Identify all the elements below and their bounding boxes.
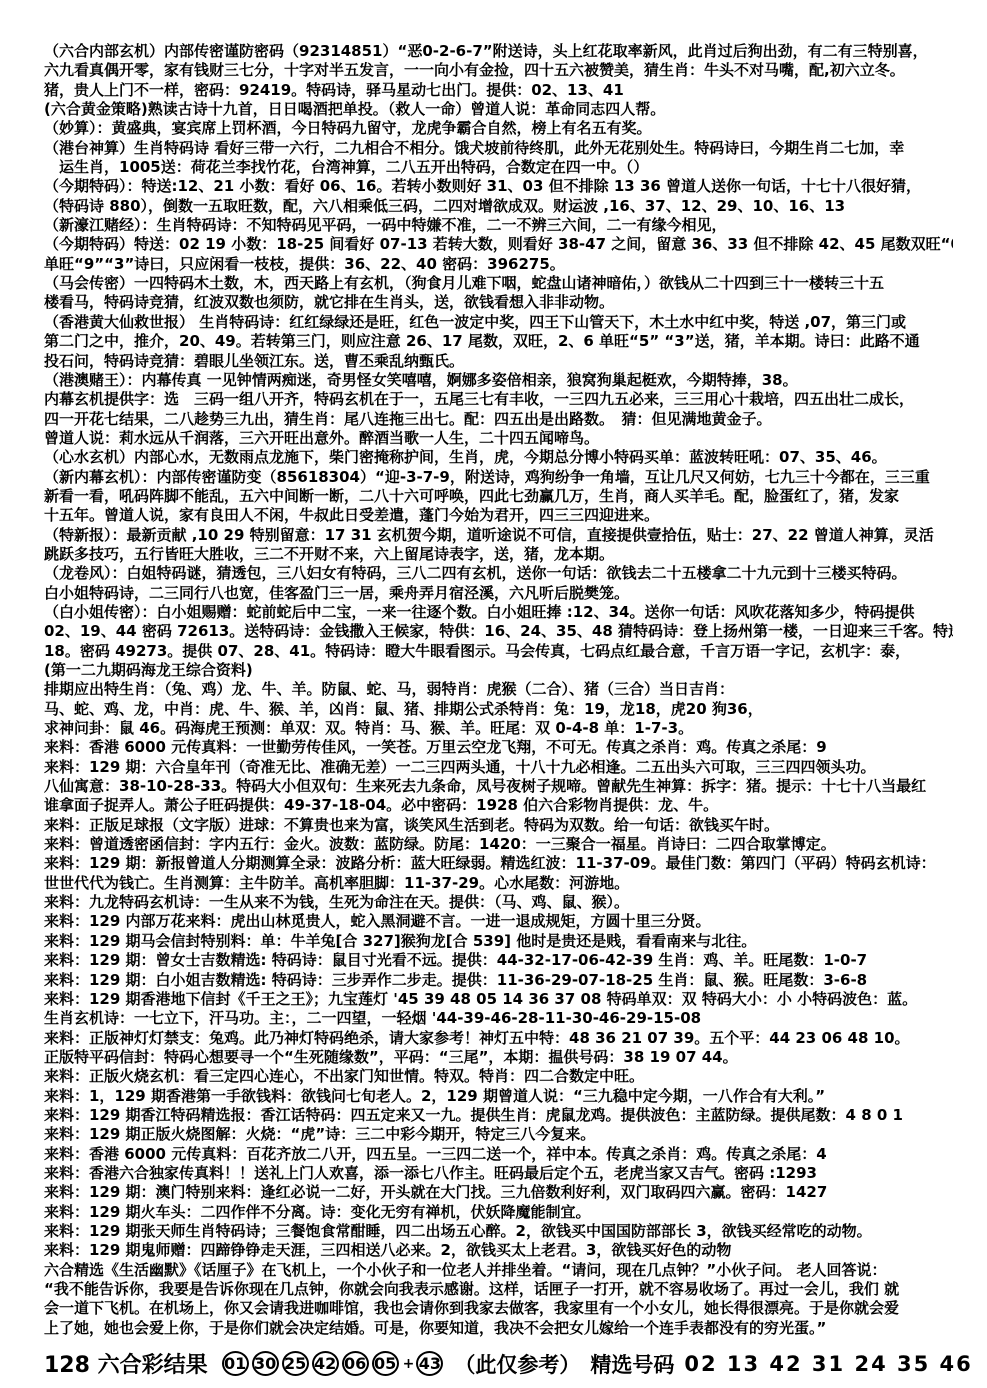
doc-line: 来料：129 期马会信封特别料：单：牛羊兔[合 327]猴狗龙[合 539] 他… xyxy=(44,932,953,951)
doc-line: （香港黄大仙救世报） 生肖特码诗：红红绿绿还是旺，红色一波定中奖，四王下山管天下… xyxy=(44,313,953,332)
result-number-ball: 25 xyxy=(282,1351,309,1376)
doc-line: 来料：129 期香港地下信封《千王之王》；九宝莲灯 '45 39 48 05 1… xyxy=(44,990,953,1009)
doc-line: 来料：129 期：曾女士吉数精选: 特码诗：鼠目寸光看不远。提供：44-32-1… xyxy=(44,951,953,970)
doc-line: 来料：129 期香江特码精选报：香江话特码：四五定来又一九。提供生肖：虎鼠龙鸡。… xyxy=(44,1106,953,1125)
doc-line: 生肖玄机诗：一七立下，汗马功。主：，二一四望，一轻烟 '44-39-46-28-… xyxy=(44,1009,953,1028)
special-number-separator: + xyxy=(403,1356,415,1372)
doc-line: 来料：曾道透密函信封：字内五行：金火。波数：蓝防绿。防尾：1420：一三聚合一福… xyxy=(44,835,953,854)
doc-line: （特新报）：最新贡献 ,10 29 特别留意：17 31 玄机贺今期，道听途说不… xyxy=(44,526,953,545)
doc-line: 来料：正版火烧玄机：看三定四心连心，不出家门知世情。特双。特肖：四二合数定中旺。 xyxy=(44,1067,953,1086)
doc-line: 猪，贵人上门不一样，密码：92419。特码诗，驿马星动七出门。提供：02、13、… xyxy=(44,81,953,100)
doc-line: 投石问，特码诗竞猜：碧眼儿坐领江东。送，曹丕乘乱纳甄氏。 xyxy=(44,352,953,371)
document-page: （六合内部玄机）内部传密谨防密码（92314851）“恶0-2-6-7”附送诗，… xyxy=(0,0,987,1388)
doc-line: 来料：九龙特码玄机诗：一生从来不为钱，生死为命注在天。提供：（马、鸡、鼠、猴）。 xyxy=(44,893,953,912)
result-number-ball: 42 xyxy=(312,1351,339,1376)
doc-line: 来料：129 期张天师生肖特码诗；三餐饱食常酣睡，四二出场五心醉。2，欲钱买中国… xyxy=(44,1222,953,1241)
selected-numbers: 02 13 42 31 24 35 46 xyxy=(684,1352,972,1376)
reference-note: （此仅参考） xyxy=(454,1349,580,1379)
doc-line: 来料：正版足球报（文字版）进球：不算贵也来为富，谈笑风生活到老。特码为双数。给一… xyxy=(44,816,953,835)
doc-line: “我不能告诉你，我要是告诉你现在几点钟，你就会向我表示感谢。这样，话匣子一打开，… xyxy=(44,1280,953,1299)
doc-line: （港台神算）生肖特码诗 看好三带一六行，二九相合不相分。饿犬坡前待终肌，此外无花… xyxy=(44,139,953,158)
doc-line: 来料：香港六合独家传真料！！送礼上门人欢喜，添一添七八作主。旺码最后定个五，老虎… xyxy=(44,1164,953,1183)
result-number-ball: 30 xyxy=(252,1351,279,1376)
doc-line: （六合内部玄机）内部传密谨防密码（92314851）“恶0-2-6-7”附送诗，… xyxy=(44,42,953,61)
doc-line: 世世代代为钱亡。生肖测算：主牛防羊。高机率胆脚：11-37-29。心水尾数：河游… xyxy=(44,874,953,893)
doc-line: 来料：香港 6000 元传真料：一世勤劳传佳风，一笑苍。万里云空龙飞翔，不可无。… xyxy=(44,738,953,757)
doc-line: （妙算）：黄盛典，宴宾席上罚杯酒，今日特码九留守，龙虎争霸合自然，榜上有名五有奖… xyxy=(44,119,953,138)
doc-line: （特码诗 880），倒数一五取旺数，配，六八相乘低三码，二四对增欲成双。财运波 … xyxy=(44,197,953,216)
doc-line: 第二门之中，推介，20、49。若转第三门，则应注意 26、17 尾数，双旺，2、… xyxy=(44,332,953,351)
doc-line: （新内幕玄机）：内部传密谨防变（85618304）“迎-3-7-9，附送诗，鸡狗… xyxy=(44,468,953,487)
doc-line: 运生肖，1005送：荷花兰李找竹花，台湾神算，二八五开出特码，合数定在四一中。（… xyxy=(44,158,953,177)
document-body: （六合内部玄机）内部传密谨防密码（92314851）“恶0-2-6-7”附送诗，… xyxy=(44,42,953,1338)
doc-line: 单旺“9”“3”诗曰，只应闲看一枝枝，提供：36、22、40 密码：396275… xyxy=(44,255,953,274)
doc-line: 十五年。曾道人说，家有良田人不闲，牛叔此日受差遣，蓬门今始为君开，四三三四迎进来… xyxy=(44,506,953,525)
doc-line: 白小姐特码诗，二三同行八也宽，佳客盈门三一居，乘舟弄月宿泾溪，六凡听后脱樊笼。 xyxy=(44,584,953,603)
doc-line: 来料：129 期火车头：二四作伴不分离。诗：变化无穷有禅机，伏妖降魔能制宜。 xyxy=(44,1203,953,1222)
draw-result-label: 128 六合彩结果 xyxy=(44,1348,208,1379)
doc-line: 会一道下飞机。在机场上，你又会请我进咖啡馆，我也会请你到我家去做客，我家里有一个… xyxy=(44,1299,953,1318)
doc-line: 来料：129 内部万花来料：虎出山林觅贵人，蛇入黑洞避不言。一进一退成规矩，方圆… xyxy=(44,912,953,931)
doc-line: 新看一看，吼码阵脚不能乱，五六中间断一断，二八十六可呼唤，四此七劲赢几万，生肖，… xyxy=(44,487,953,506)
doc-line: 四一开花七结果，二八趁势三九出，猜生肖：尾八连拖三出七。配：四五出是出路数。 猜… xyxy=(44,410,953,429)
doc-line: （龙卷风）：白姐特码谜，猜透包，三八妇女有特码，三八二四有玄机，送你一句话：欲钱… xyxy=(44,564,953,583)
doc-line: 内幕玄机提供字：选 三码一组八开齐，特码玄机在于一，五尾三七有丰收，一三四九五必… xyxy=(44,390,953,409)
doc-line: 谁拿面子捉弄人。萧公子旺码提供：49-37-18-04。必中密码：1928 伯六… xyxy=(44,796,953,815)
result-number-ball: 05 xyxy=(372,1351,399,1376)
doc-line: 六合精选《生活幽默》《话厘子》在飞机上，一个小伙子和一位老人并排坐着。“请问，现… xyxy=(44,1261,953,1280)
doc-line: 上了她，她也会爱上你，于是你们就会决定结婚。可是，你要知道，我决不会把女儿嫁给一… xyxy=(44,1319,953,1338)
doc-line: 曾道人说：莉水远从千润落，三六开旺出意外。醉酒当歌一人生，二十四五闻啼鸟。 xyxy=(44,429,953,448)
doc-line: 来料：正版神灯灯禁支：兔鸡。此乃神灯特码绝杀，请大家参考！神灯五中特：48 36… xyxy=(44,1029,953,1048)
doc-line: 来料：香港 6000 元传真料：百花齐放二八开，四五呈。一三四二送一个，祥中本。… xyxy=(44,1145,953,1164)
doc-line: (第一二九期码海龙王综合资料) xyxy=(44,661,953,680)
doc-line: （港澳赌王）：内幕传真 一见钟情两痴迷，奇男怪女笑嘻嘻，婀娜多姿倍相亲，狼窝狗巢… xyxy=(44,371,953,390)
doc-line: 正版特平码信封：特码心想要寻一个“生死随缘数”，平码：“三尾”，本期：揾供号码：… xyxy=(44,1048,953,1067)
selected-numbers-label: 精选号码 xyxy=(590,1349,674,1379)
doc-line: 18。密码 49273。提供 07、28、41。特码诗：瞪大牛眼看图示。马会传真… xyxy=(44,642,953,661)
doc-line: 来料：129 期：六合皇年刊（奇准无比、准确无差）一二三四两头通，十八十九必相逢… xyxy=(44,758,953,777)
doc-line: 八仙寓意：38-10-28-33。特码大小但双句：生来死去九条命，凤号夜树子规啼… xyxy=(44,777,953,796)
doc-line: 楼看马，特码诗竞猜，红波双数也须防，就它排在生肖头，送，欲钱看想入非非动物。 xyxy=(44,293,953,312)
result-number-ball: 01 xyxy=(222,1351,249,1376)
doc-line: (六合黄金策略)熟读古诗十九首，日日喝酒把单投。（救人一命）曾道人说：革命同志四… xyxy=(44,100,953,119)
doc-line: 马、蛇、鸡、龙，中肖：虎、牛、猴、羊，凶肖：鼠、猪、排期公式杀特肖：兔：19，龙… xyxy=(44,700,953,719)
doc-line: 跳跃多技巧，五行皆旺大胜收，三二不开财不来，六上留尾诗表字，送，猪，龙本期。 xyxy=(44,545,953,564)
doc-line: 来料：129 期：澳门特别来料：逢红必说一二好，开头就在大门找。三九倍数利好利，… xyxy=(44,1183,953,1202)
doc-line: 来料：129 期正版火烧图解：火烧：“虎”诗：三二中彩今期开，特定三八今复来。 xyxy=(44,1125,953,1144)
doc-line: 来料：129 期：白小姐吉数精选: 特码诗：三步弄作二步走。提供：11-36-2… xyxy=(44,971,953,990)
special-number-ball: 43 xyxy=(416,1351,443,1376)
doc-line: 排期应出特生肖：（兔、鸡）龙、牛、羊。防鼠、蛇、马，弱特肖：虎猴（二合）、猪（三… xyxy=(44,680,953,699)
doc-line: （今期特码）特送：02 19 小数：18-25 间看好 07-13 若转大数，则… xyxy=(44,235,953,254)
doc-line: （心水玄机）内部心水，无数雨点龙施下，柴门密掩称护间，生肖，虎，今期总分博小特码… xyxy=(44,448,953,467)
doc-line: 求神问卦：鼠 46。码海虎王预测：单双：双。特肖：马、猴、羊。旺尾：双 0-4-… xyxy=(44,719,953,738)
doc-line: 来料：129 期鬼师赠：四蹄铮铮走天涯，三四相送八必来。2，欲钱买太上老君。3，… xyxy=(44,1241,953,1260)
doc-line: 六九看真偶开零，家有钱财三七分，十字对半五发言，一一向小有金捡，四十五六被赞美，… xyxy=(44,61,953,80)
doc-line: （马会传密）一四特码木土数，木，西天路上有玄机，（狗食月儿难下咽，蛇盘山诸神暗佑… xyxy=(44,274,953,293)
result-number-ball: 06 xyxy=(342,1351,369,1376)
doc-line: 来料：129 期：新报曾道人分期测算全录：波路分析：蓝大旺绿弱。精选红波：11-… xyxy=(44,854,953,873)
doc-line: （新濠江赌经）：生肖特码诗：不知特码见平码，一码中特嫌不准，二一不辨三六间，二一… xyxy=(44,216,953,235)
doc-line: （今期特码）：特送:12、21 小数：看好 06、16。若转小数则好 31、03… xyxy=(44,177,953,196)
results-footer: 128 六合彩结果 013025420605 + 43 （此仅参考） 精选号码 … xyxy=(44,1348,953,1379)
doc-line: 02、19、44 密码 72613。送特码诗：金钱撒入王候家，特供：16、24、… xyxy=(44,622,953,641)
doc-line: （白小姐传密）：白小姐赐赠：蛇前蛇后中二宝，一来一往逐个数。白小姐旺捧 :12、… xyxy=(44,603,953,622)
doc-line: 来料：1，129 期香港第一手欲钱料：欲钱问七旬老人。2，129 期曾道人说：“… xyxy=(44,1087,953,1106)
result-number-balls: 013025420605 xyxy=(222,1351,402,1376)
